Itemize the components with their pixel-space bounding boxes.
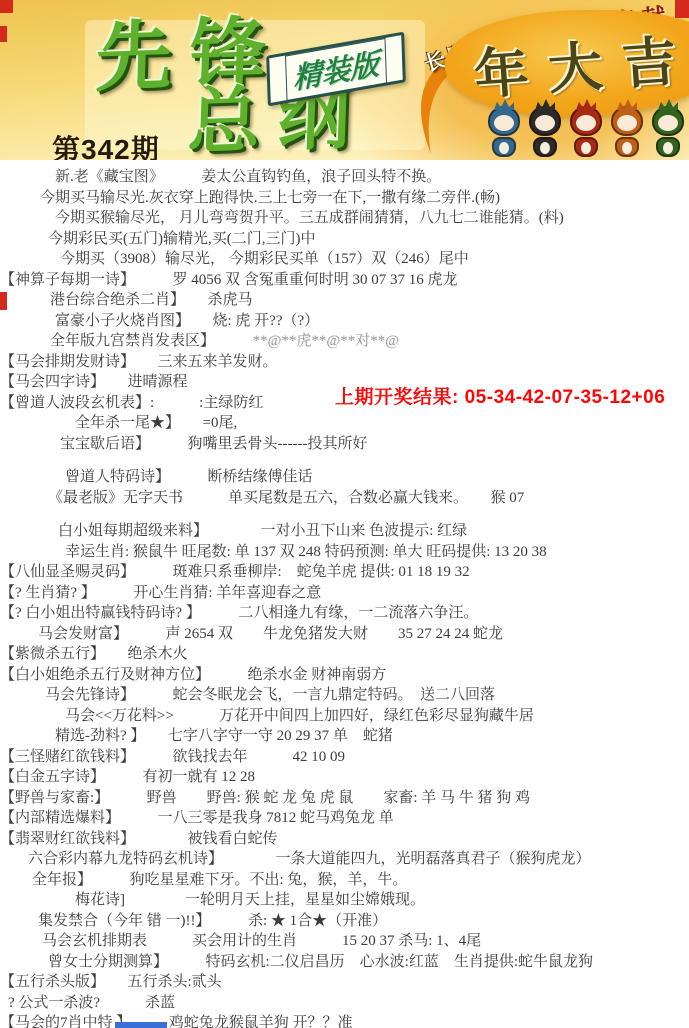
tip-line-text: 【神算子每期一诗】 罗 4056 双 含冤重重何时明 30 07 37 16 虎… [0, 272, 458, 288]
tip-line: 集发禁合（今年 错 一)!!】 杀: ★ 1合★（开准） [0, 911, 689, 932]
tip-line-text: 新.老《藏宝图》 姜太公直钩钓鱼，浪子回头特不换。 [55, 169, 441, 185]
tip-line: 【马会排期发财诗】 三来五来羊发财。 [0, 352, 689, 373]
tip-line: 【三怪赌红欲钱料】 欲钱找去年 42 10 09 [0, 747, 689, 768]
tip-line-text: 梅花诗] 一轮明月天上挂，星星如尘嫦娥现。 [75, 892, 425, 908]
tip-line-text: 今期买马输尽光.灰衣穿上跑得快.三上七旁一在下,一撒有缘二旁伴.(畅) [40, 190, 500, 206]
mascot-figure [650, 100, 686, 158]
mascot-head [652, 106, 684, 136]
new-year-banner-text: 年大吉 [472, 17, 689, 109]
tip-line-text: 【三怪赌红欲钱料】 欲钱找去年 42 10 09 [0, 749, 345, 765]
tip-line-text: **@**虎**@**对**@ [208, 333, 399, 349]
tip-line-text: 白小姐每期超级来料】 一对小丑下山来 色波提示: 红绿 [58, 523, 467, 539]
tip-line-text: 【马会四字诗】 进晴源程 [0, 374, 188, 390]
tip-line: 马会先锋诗】 蛇会冬眠龙会飞，一言九鼎定特码。 送二八回落 [0, 685, 689, 706]
tip-line-text: 《最老版》无字天书 单买尾数是五六，合数必赢大钱来。 猴 07 [48, 490, 524, 506]
tip-line: 曾道人特码诗】 断桥结缘傅佳话 [0, 467, 689, 488]
tip-line: 全年版九宫禁肖发表区】 **@**虎**@**对**@ [0, 331, 689, 352]
tip-line-text: 【马会的7肖中特 】 鸡蛇兔龙猴鼠羊狗 开？？准 [0, 1015, 353, 1028]
tip-line: 富豪小子火烧肖图】 烧: 虎 开??（?） [0, 311, 689, 332]
tip-line: 【紫微杀五行】 绝杀木火 [0, 644, 689, 665]
tip-line: 【五行杀头版】 五行杀头:贰头 [0, 972, 689, 993]
tip-line-text: 曾道人特码诗】 断桥结缘傅佳话 [65, 469, 313, 485]
tip-line-text: 曾女士分期测算】 特码玄机:二仪启昌历 心水波:红蓝 生肖提供:蛇牛鼠龙狗 [48, 954, 593, 970]
last-draw-result: 上期开奖结果: 05-34-42-07-35-12+06 [335, 382, 665, 409]
tip-line-text: 【八仙显圣赐灵码】 斑难只系垂柳岸: 蛇兔羊虎 提供: 01 18 19 32 [0, 564, 470, 580]
tip-line: 今期买猴输尽光， 月儿弯弯贺升平。三五成群闹猜猜，八九七二谁能猜。(料) [0, 208, 689, 229]
mascot-head [611, 106, 643, 136]
mascot-body [656, 137, 680, 157]
tip-lines: 新.老《藏宝图》 姜太公直钩钓鱼，浪子回头特不换。今期买马输尽光.灰衣穿上跑得快… [0, 167, 689, 1028]
mascot-figure [609, 100, 645, 158]
tip-line-text: 【紫微杀五行】 绝杀木火 [0, 646, 188, 662]
tip-line: 白小姐每期超级来料】 一对小丑下山来 色波提示: 红绿 [0, 521, 689, 542]
tip-line-text: 马会先锋诗】 蛇会冬眠龙会飞，一言九鼎定特码。 送二八回落 [45, 687, 495, 703]
tip-line-text: ? 公式一杀波? 杀蓝 [8, 995, 175, 1011]
tip-line: 【白小姐绝杀五行及财神方位】 绝杀水金 财神南弱方 [0, 665, 689, 686]
tip-line: 【? 生肖猜? 】 开心生肖猜: 羊年喜迎春之意 [0, 583, 689, 604]
tip-line-text: 【五行杀头版】 五行杀头:贰头 [0, 974, 222, 990]
tip-line: 【神算子每期一诗】 罗 4056 双 含冤重重何时明 30 07 37 16 虎… [0, 270, 689, 291]
tip-line-text: 【翡翠财红欲钱料】 被钱看白蛇传 [0, 831, 278, 847]
tip-line-text: 马会发财富】 声 2654 双 牛龙免猪发大财 35 27 24 24 蛇龙 [38, 626, 503, 642]
mascot-row [486, 100, 686, 158]
tip-line: 宝宝歇后语】 狗嘴里丢骨头------投其所好 [0, 434, 689, 455]
tip-line-text: 集发禁合（今年 错 一)!!】 杀: ★ 1合★（开准） [38, 913, 387, 929]
tip-line-text: 【曾道人波段玄机表】: :主绿防红 [0, 395, 263, 411]
tip-line-text: 【马会排期发财诗】 三来五来羊发财。 [0, 354, 278, 370]
tip-line: ? 公式一杀波? 杀蓝 [0, 993, 689, 1014]
mascot-body [533, 137, 557, 157]
tip-line-text: 精选-劲料? 】 七字八字守一守 20 29 37 单 蛇猪 [55, 728, 393, 744]
tip-line: 【翡翠财红欲钱料】 被钱看白蛇传 [0, 829, 689, 850]
tip-line: 今期彩民买(五门)输精光,买(二门,三门)中 [0, 229, 689, 250]
cut-off-blue-mark [115, 1022, 167, 1028]
tip-line-text: 【? 白小姐出特赢钱特码诗? 】 二八相逢九有缘，一二流落六争汪。 [0, 605, 478, 621]
tip-line: 【野兽与家畜:】 野兽 野兽: 猴 蛇 龙 兔 虎 鼠 家畜: 羊 马 牛 猪 … [0, 788, 689, 809]
tip-line-text: 全年报】 狗吃星星难下牙。不出: 兔，猴，羊，牛。 [32, 872, 407, 888]
tip-line-text: 今期彩民买(五门)输精光,买(二门,三门)中 [48, 231, 315, 247]
tip-line: 【? 白小姐出特赢钱特码诗? 】 二八相逢九有缘，一二流落六争汪。 [0, 603, 689, 624]
tip-line-text: 马会<<万花料>> 万花开中间四上加四好，绿红色彩尽显狗藏牛居 [65, 708, 534, 724]
tip-line: 【八仙显圣赐灵码】 斑难只系垂柳岸: 蛇兔羊虎 提供: 01 18 19 32 [0, 562, 689, 583]
tip-line: 梅花诗] 一轮明月天上挂，星星如尘嫦娥现。 [0, 890, 689, 911]
tip-line: 全年杀一尾★】 =0尾, [0, 413, 689, 434]
mascot-figure [486, 100, 522, 158]
tip-line: 《最老版》无字天书 单买尾数是五六，合数必赢大钱来。 猴 07 [0, 488, 689, 509]
tip-line-text: 富豪小子火烧肖图】 烧: 虎 开??（?） [55, 313, 319, 329]
red-corner-mark-topleft [0, 0, 13, 13]
tip-line: 曾女士分期测算】 特码玄机:二仪启昌历 心水波:红蓝 生肖提供:蛇牛鼠龙狗 [0, 952, 689, 973]
tip-line: 马会<<万花料>> 万花开中间四上加四好，绿红色彩尽显狗藏牛居 [0, 706, 689, 727]
tip-line-text: 马会玄机排期表 买会用计的生肖 15 20 37 杀马: 1、4尾 [42, 933, 481, 949]
tip-line-text: 【白小姐绝杀五行及财神方位】 绝杀水金 财神南弱方 [0, 667, 386, 683]
tip-line-text: 【内部精选爆料】 一八三零是我身 7812 蛇马鸡兔龙 单 [0, 810, 394, 826]
tip-line-text: 【? 生肖猜? 】 开心生肖猜: 羊年喜迎春之意 [0, 585, 321, 601]
tip-line-text: 宝宝歇后语】 狗嘴里丢骨头------投其所好 [60, 436, 367, 452]
mascot-head [570, 106, 602, 136]
tip-line: 今期买马输尽光.灰衣穿上跑得快.三上七旁一在下,一撒有缘二旁伴.(畅) [0, 188, 689, 209]
red-edge-tick [0, 26, 7, 42]
masthead: 先锋 总纲 精装版 长跟 一赢 精髓 奉献 年大吉 第342期 [0, 0, 689, 160]
tip-line [0, 508, 689, 521]
issue-number: 第342期 [52, 128, 160, 160]
tip-sheet-page: 先锋 总纲 精装版 长跟 一赢 精髓 奉献 年大吉 第342期 新.老《藏宝图》… [0, 0, 689, 1028]
mascot-body [492, 137, 516, 157]
tip-line: 【马会的7肖中特 】 鸡蛇兔龙猴鼠羊狗 开？？准 [0, 1013, 689, 1028]
mascot-head [488, 106, 520, 136]
mascot-body [574, 137, 598, 157]
tip-line-text: 全年杀一尾★】 =0尾, [75, 415, 237, 431]
tip-line: 【内部精选爆料】 一八三零是我身 7812 蛇马鸡兔龙 单 [0, 808, 689, 829]
tip-line: 六合彩内幕九龙特码玄机诗】 一条大道能四九，光明磊落真君子（猴狗虎龙） [0, 849, 689, 870]
mascot-figure [568, 100, 604, 158]
tip-line-text: 【白金五字诗】 有初一就有 12 28 [0, 769, 255, 785]
tip-line: 全年报】 狗吃星星难下牙。不出: 兔，猴，羊，牛。 [0, 870, 689, 891]
tip-line: 精选-劲料? 】 七字八字守一守 20 29 37 单 蛇猪 [0, 726, 689, 747]
tip-line: 港台综合绝杀二肖】 杀虎马 [0, 290, 689, 311]
tip-line [0, 454, 689, 467]
mascot-head [529, 106, 561, 136]
tip-line-text: 【野兽与家畜:】 野兽 野兽: 猴 蛇 龙 兔 虎 鼠 家畜: 羊 马 牛 猪 … [0, 790, 530, 806]
tip-line-text: 今期买（3908）输尽光， 今期彩民买单（157）双（246）尾中 [60, 251, 469, 267]
tip-line: 幸运生肖: 猴鼠牛 旺尾数: 单 137 双 248 特码预测: 单大 旺码提供… [0, 542, 689, 563]
mascot-body [615, 137, 639, 157]
tip-line-text: 全年版九宫禁肖发表区】 [50, 333, 208, 349]
tip-line: 【白金五字诗】 有初一就有 12 28 [0, 767, 689, 788]
red-corner-mark-topright [675, 0, 689, 18]
mascot-figure [527, 100, 563, 158]
tip-line-text: 港台综合绝杀二肖】 杀虎马 [50, 292, 253, 308]
tip-line-text: 今期买猴输尽光， 月儿弯弯贺升平。三五成群闹猜猜，八九七二谁能猜。(料) [55, 210, 564, 226]
tip-line: 马会发财富】 声 2654 双 牛龙免猪发大财 35 27 24 24 蛇龙 [0, 624, 689, 645]
tip-line-text: 六合彩内幕九龙特码玄机诗】 一条大道能四九，光明磊落真君子（猴狗虎龙） [28, 851, 591, 867]
tip-line: 马会玄机排期表 买会用计的生肖 15 20 37 杀马: 1、4尾 [0, 931, 689, 952]
tip-line: 新.老《藏宝图》 姜太公直钩钓鱼，浪子回头特不换。 [0, 167, 689, 188]
tip-line-text: 幸运生肖: 猴鼠牛 旺尾数: 单 137 双 248 特码预测: 单大 旺码提供… [65, 544, 547, 560]
tip-line: 今期买（3908）输尽光， 今期彩民买单（157）双（246）尾中 [0, 249, 689, 270]
